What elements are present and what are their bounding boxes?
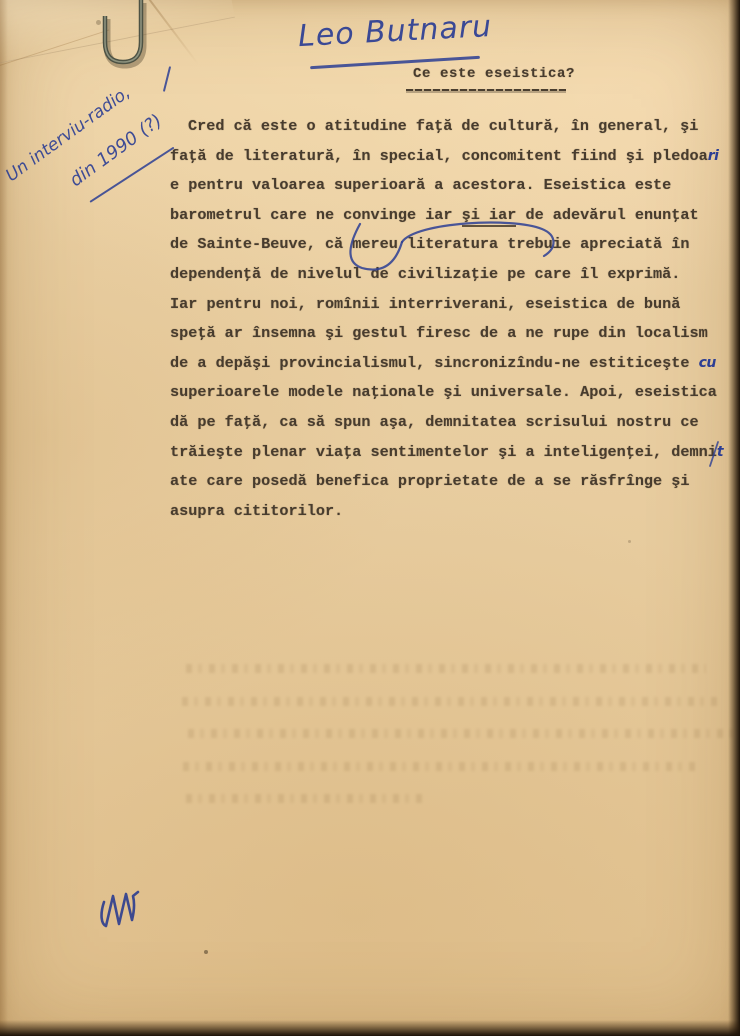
body-line: speţă ar însemna şi gestul firesc de a n… [170, 319, 723, 349]
typed-text: Cred că este o atitudine faţă de cultură… [188, 117, 698, 135]
body-text: Cred că este o atitudine faţă de cultură… [170, 112, 723, 526]
typed-text: speţă ar însemna şi gestul firesc de a n… [170, 324, 708, 342]
transposition-mark [330, 212, 580, 284]
body-line: faţă de literatură, în special, concomit… [170, 142, 723, 172]
typed-text: dă pe faţă, ca să spun aşa, demnitatea s… [170, 413, 699, 431]
ink-speck [96, 20, 101, 25]
page-title: Ce este eseistica? [413, 66, 575, 82]
scan-edge-right [728, 0, 740, 1036]
body-line: trăieşte plenar viaţa sentimentelor şi a… [170, 438, 723, 468]
ghost-ink-offset [182, 697, 722, 706]
ink-scribble [96, 882, 152, 934]
insertion-caret-mark [704, 440, 726, 470]
body-line: dă pe faţă, ca să spun aşa, demnitatea s… [170, 408, 723, 438]
body-line: de a depăşi provincialismul, sincronizîn… [170, 349, 723, 379]
typed-text: trăieşte plenar viaţa sentimentelor şi a… [170, 443, 717, 461]
ghost-ink-offset [183, 762, 698, 771]
author-handwriting: Leo Butnaru [297, 9, 493, 54]
typed-text: de a depăşi provincialismul, sincronizîn… [170, 354, 699, 372]
title-underline [406, 89, 566, 91]
body-line: Cred că este o atitudine faţă de cultură… [170, 112, 723, 142]
body-line: superioarele modele naţionale şi univers… [170, 378, 723, 408]
ink-speck [628, 540, 631, 543]
scan-edge-bottom [0, 1020, 740, 1036]
ink-speck [204, 950, 208, 954]
scan-edge-left [0, 0, 8, 1036]
document-page: Leo Butnaru Ce este eseistica? Un interv… [0, 0, 740, 1036]
ghost-ink-offset [186, 794, 426, 803]
typed-text: asupra cititorilor. [170, 502, 343, 520]
typed-text: superioarele modele naţionale şi univers… [170, 383, 717, 401]
body-line: e pentru valoarea superioară a acestora.… [170, 171, 723, 201]
handwritten-insertion: cu [699, 355, 716, 371]
margin-note-line1: Un interviu-radio, [2, 83, 134, 187]
ghost-ink-offset [188, 729, 733, 738]
paperclip-icon [92, 0, 156, 76]
typed-text: Iar pentru noi, romînii interriverani, e… [170, 295, 680, 313]
typed-text: faţă de literatură, în special, concomit… [170, 147, 708, 165]
body-line: Iar pentru noi, romînii interriverani, e… [170, 290, 723, 320]
margin-note-pen-stroke [163, 66, 171, 92]
body-line: ate care posedă benefica proprietate de … [170, 467, 723, 497]
body-line: asupra cititorilor. [170, 497, 723, 527]
handwritten-insertion: ri [708, 148, 719, 164]
typed-text: e pentru valoarea superioară a acestora.… [170, 176, 671, 194]
ghost-ink-offset [186, 664, 706, 673]
typed-text: ate care posedă benefica proprietate de … [170, 472, 690, 490]
